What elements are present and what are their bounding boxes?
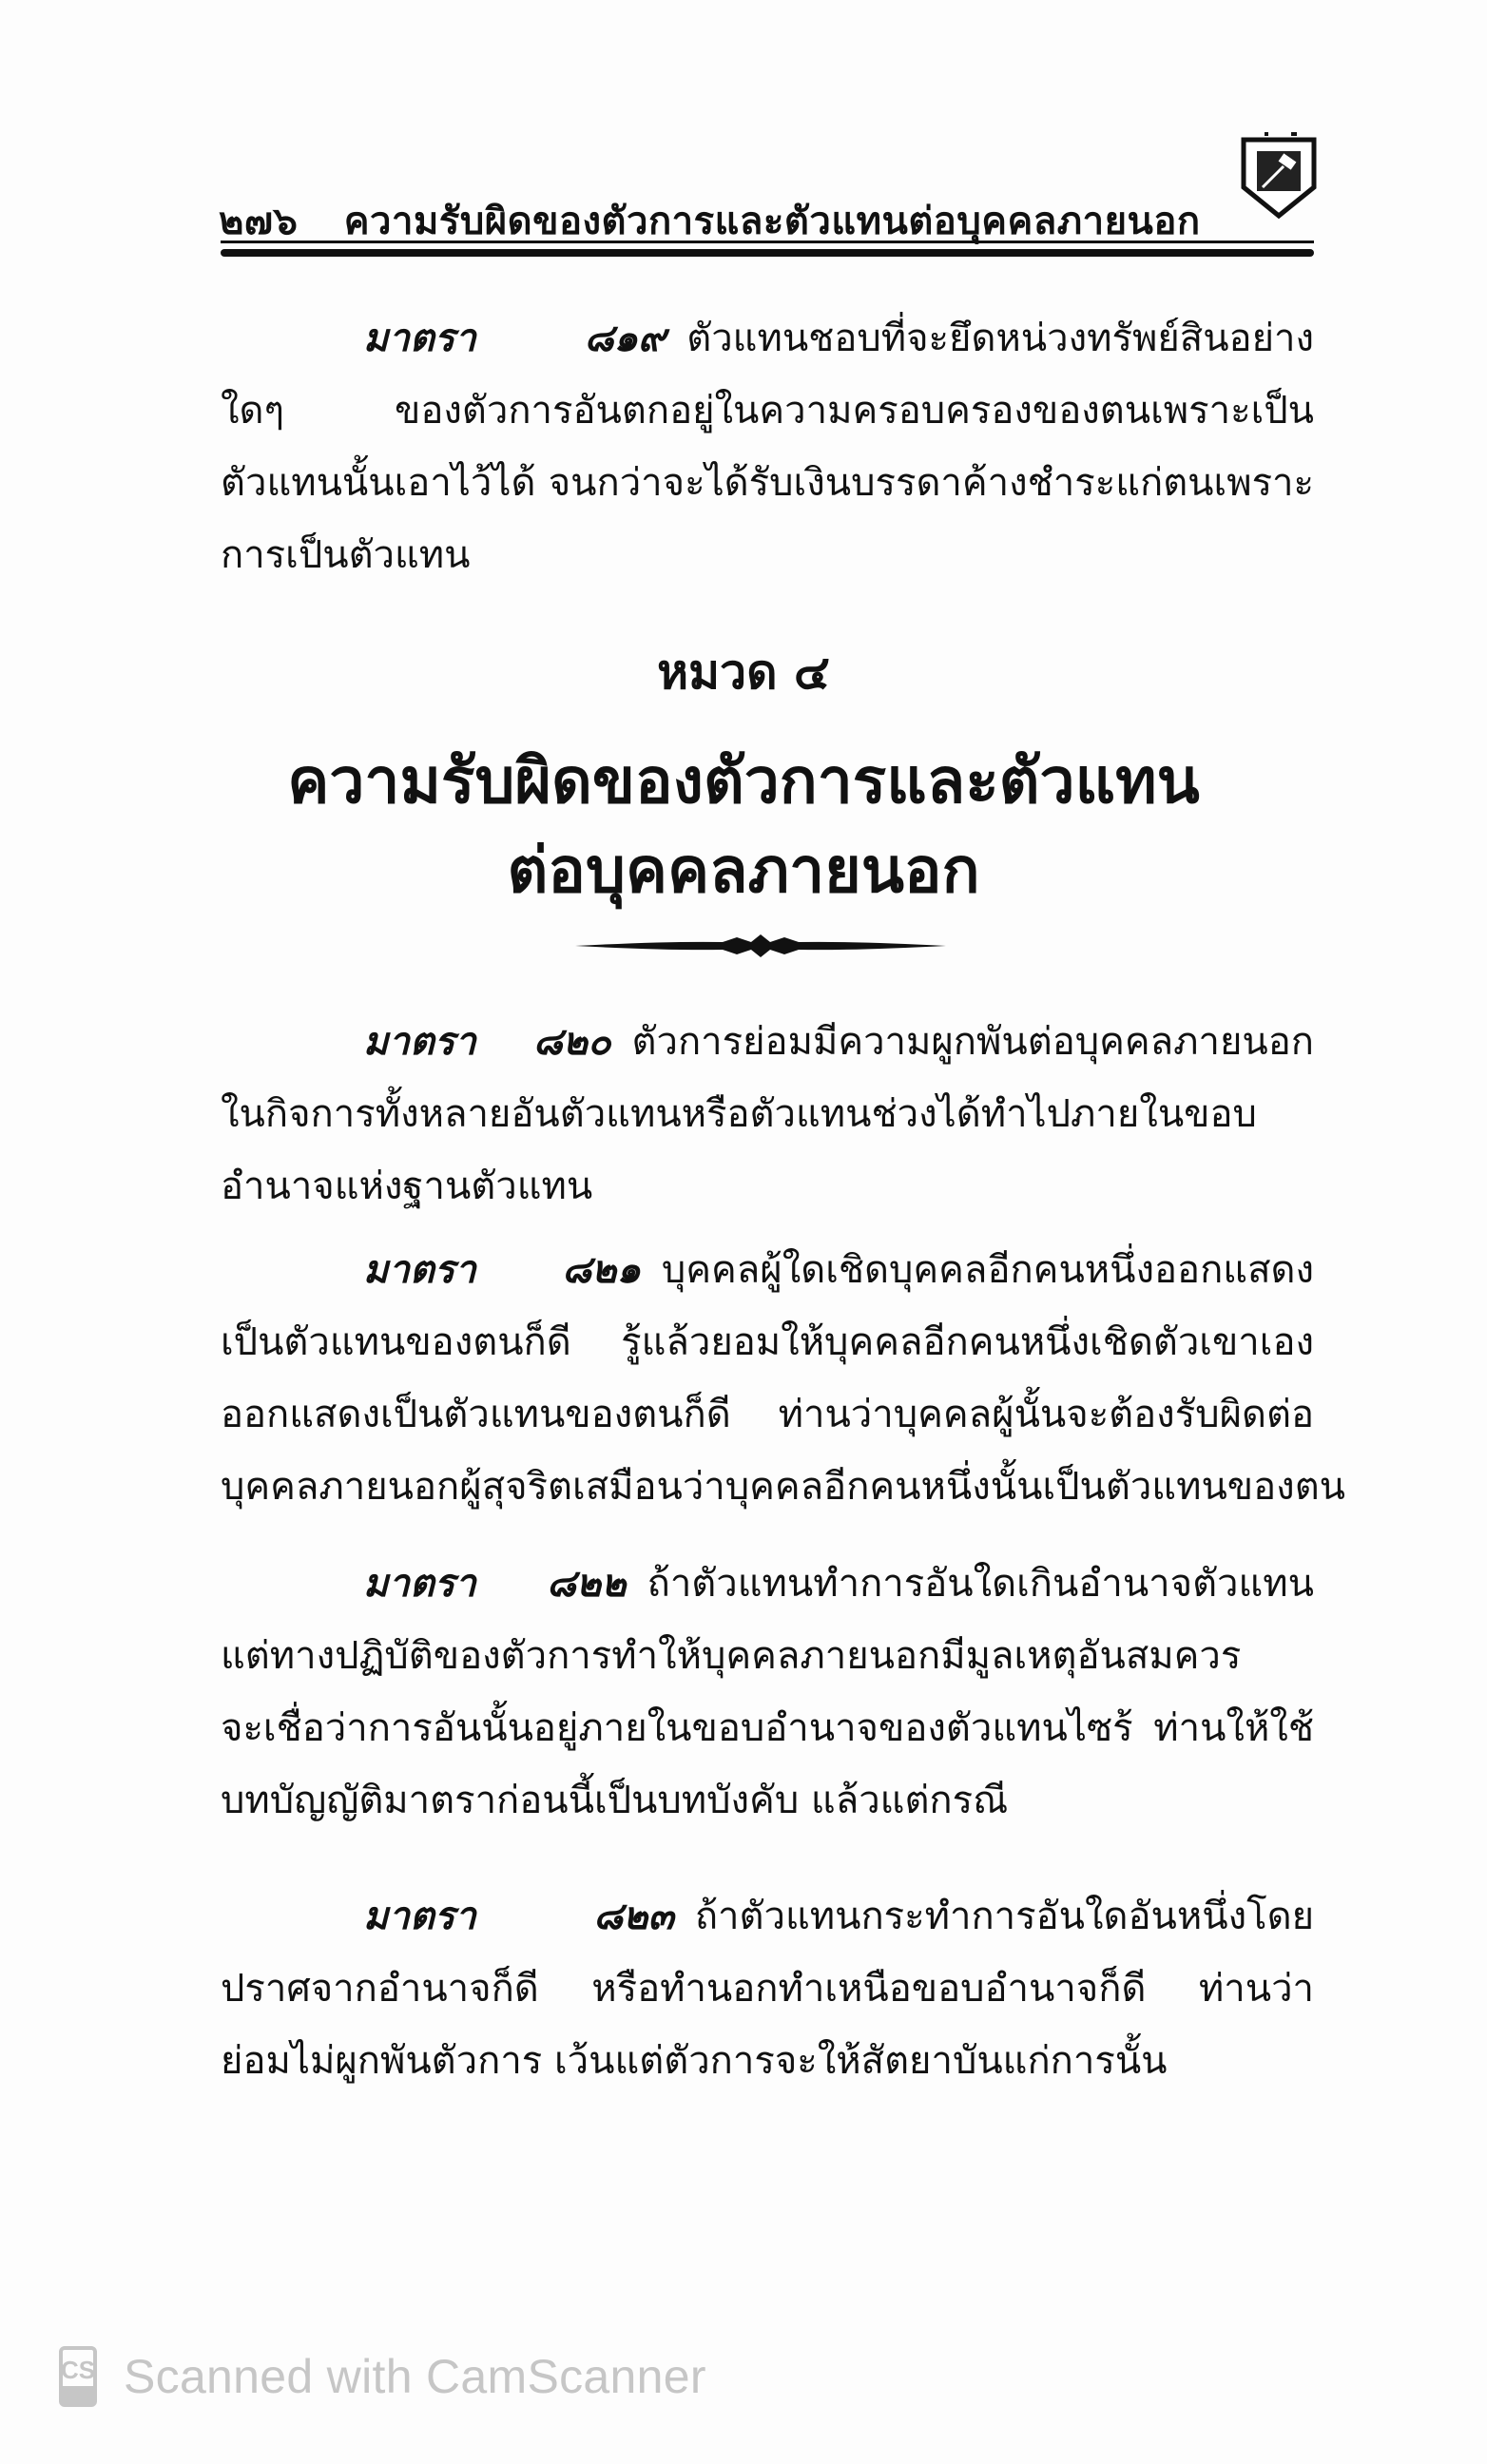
text-line: บุคคลภายนอกผู้สุจริตเสมือนว่าบุคคลอีกคนห… (221, 1451, 1314, 1523)
text-line: มาตรา ๘๑๙ตัวแทนชอบที่จะยึดหน่วงทรัพย์สิน… (221, 302, 1314, 375)
article-label: มาตรา ๘๒๑ (363, 1248, 641, 1292)
chapter-title-line-1: ความรับผิดของตัวการและตัวแทน (0, 737, 1487, 826)
text-line: การเป็นตัวแทน (221, 519, 1314, 591)
text-line: ย่อมไม่ผูกพันตัวการ เว้นแต่ตัวการจะให้สั… (221, 2025, 1314, 2097)
text-line: มาตรา ๘๒๒ถ้าตัวแทนทำการอันใดเกินอำนาจตัว… (221, 1548, 1314, 1620)
text-line: มาตรา ๘๒๑บุคคลผู้ใดเชิดบุคคลอีกคนหนึ่งออ… (221, 1234, 1314, 1306)
article-821: มาตรา ๘๒๑บุคคลผู้ใดเชิดบุคคลอีกคนหนึ่งออ… (221, 1234, 1314, 1523)
text-line: มาตรา ๘๒๐ตัวการย่อมมีความผูกพันต่อบุคคลภ… (221, 1006, 1314, 1078)
watermark-text: Scanned with CamScanner (124, 2349, 706, 2404)
text-line: ออกแสดงเป็นตัวแทนของตนก็ดี ท่านว่าบุคคลผ… (221, 1378, 1314, 1451)
line-text: ตัวแทนชอบที่จะยึดหน่วงทรัพย์สินอย่าง (686, 317, 1314, 360)
header-rule-thin (221, 241, 1314, 243)
line-text: บุคคลผู้ใดเชิดบุคคลอีกคนหนึ่งออกแสดง (662, 1248, 1314, 1292)
decorative-divider-icon (570, 932, 951, 960)
chapter-title-line-2: ต่อบุคคลภายนอก (0, 826, 1487, 915)
text-line: ใดๆ ของตัวการอันตกอยู่ในความครอบครองของต… (221, 375, 1314, 447)
section-819: มาตรา ๘๑๙ตัวแทนชอบที่จะยึดหน่วงทรัพย์สิน… (221, 302, 1314, 591)
chapter-title: ความรับผิดของตัวการและตัวแทน ต่อบุคคลภาย… (0, 737, 1487, 915)
text-line: ตัวแทนนั้นเอาไว้ได้ จนกว่าจะได้รับเงินบร… (221, 447, 1314, 519)
camscanner-logo-icon: CS (59, 2346, 97, 2407)
article-820: มาตรา ๘๒๐ตัวการย่อมมีความผูกพันต่อบุคคลภ… (221, 1006, 1314, 1222)
logo-text: CS (61, 2356, 95, 2385)
article-label: มาตรา ๘๒๐ (363, 1020, 611, 1064)
text-line: จะเชื่อว่าการอันนั้นอยู่ภายในขอบอำนาจของ… (221, 1692, 1314, 1764)
text-line: อำนาจแห่งฐานตัวแทน (221, 1150, 1314, 1222)
article-823: มาตรา ๘๒๓ถ้าตัวแทนกระทำการอันใดอันหนึ่งโ… (221, 1880, 1314, 2097)
gavel-shield-icon (1236, 128, 1322, 223)
line-text: ถ้าตัวแทนทำการอันใดเกินอำนาจตัวแทน (647, 1562, 1314, 1606)
section-label: มาตรา ๘๑๙ (363, 317, 666, 360)
text-line: มาตรา ๘๒๓ถ้าตัวแทนกระทำการอันใดอันหนึ่งโ… (221, 1880, 1314, 1953)
text-line: ในกิจการทั้งหลายอันตัวแทนหรือตัวแทนช่วงไ… (221, 1078, 1314, 1150)
running-title: ความรับผิดของตัวการและตัวแทนต่อบุคคลภายน… (344, 200, 1201, 243)
article-822: มาตรา ๘๒๒ถ้าตัวแทนทำการอันใดเกินอำนาจตัว… (221, 1548, 1314, 1837)
text-line: เป็นตัวแทนของตนก็ดี รู้แล้วยอมให้บุคคลอี… (221, 1306, 1314, 1378)
text-line: แต่ทางปฏิบัติของตัวการทำให้บุคคลภายนอกมี… (221, 1620, 1314, 1692)
article-label: มาตรา ๘๒๒ (363, 1562, 627, 1606)
header-rule-thick (221, 249, 1314, 257)
text-line: ปราศจากอำนาจก็ดี หรือทำนอกทำเหนือขอบอำนา… (221, 1953, 1314, 2025)
text-line: บทบัญญัติมาตราก่อนนี้เป็นบทบังคับ แล้วแต… (221, 1764, 1314, 1837)
line-text: ตัวการย่อมมีความผูกพันต่อบุคคลภายนอก (632, 1020, 1314, 1064)
scanned-book-page: ๒๗๖ ความรับผิดของตัวการและตัวแทนต่อบุคคล… (0, 0, 1487, 2464)
chapter-label: หมวด ๔ (0, 635, 1487, 710)
page-number: ๒๗๖ (219, 200, 298, 243)
article-label: มาตรา ๘๒๓ (363, 1895, 674, 1938)
line-text: ถ้าตัวแทนกระทำการอันใดอันหนึ่งโดย (695, 1895, 1314, 1938)
camscanner-watermark: CS Scanned with CamScanner (59, 2343, 706, 2410)
